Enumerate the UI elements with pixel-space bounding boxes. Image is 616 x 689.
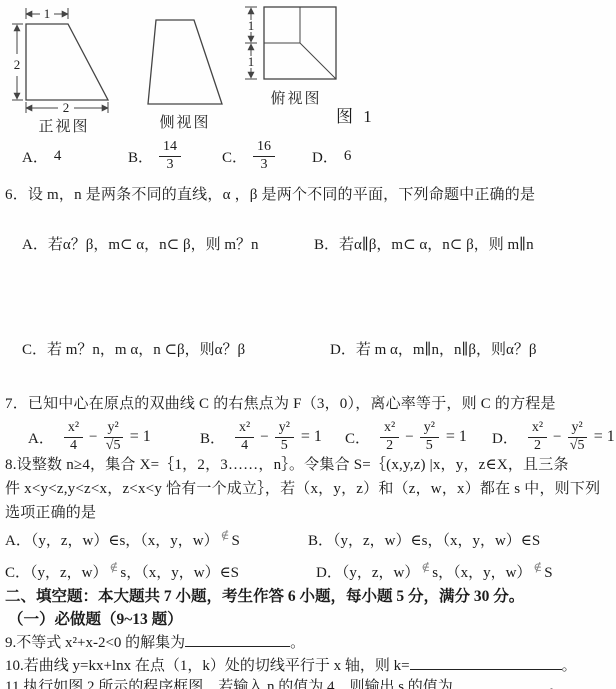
fraction-denominator: 2 [380,438,399,454]
not-element-symbol: ∉ [221,528,230,542]
question-10-period: 。 [562,658,577,674]
front-view-label: 正视图 [4,115,124,136]
fraction-numerator: y² [568,421,587,438]
question-7-option-c: C． x²2 − y²5 = 1 [345,417,467,457]
exam-page: 1 2 2 正视图 侧视图 [0,0,616,689]
question-7-option-d: D． x²2 − y²√5 = 1 [492,417,615,457]
top-view-drawing: 1 1 [240,2,352,86]
minus-sign: − [553,429,561,446]
fraction-denominator: √5 [104,438,123,454]
question-7-option-a: A． x²4 − y²√5 = 1 [28,417,151,457]
fraction: y²√5 [104,421,123,453]
option-value: 6 [344,148,352,165]
question-5-options: A． 4 B． 14 3 C． 16 3 D． 6 [0,138,616,174]
minus-sign: − [260,429,268,446]
question-5-option-b: B． 14 3 [128,138,181,174]
fraction: x²4 [235,421,254,453]
question-5-option-a: A． 4 [22,138,61,174]
not-element-symbol: ∉ [533,560,542,574]
equals-one: = 1 [446,428,467,446]
fraction: 14 3 [159,140,181,172]
fraction-numerator: 16 [253,140,275,157]
option-text: S [544,565,552,581]
fraction-numerator: y² [420,421,439,438]
option-label: B． [128,146,153,167]
side-view-label: 侧视图 [132,111,238,132]
question-8-option-d: D．（y，z，w）∉s，（x，y，w）∉S [316,560,553,582]
question-8-option-c: C．（y，z，w）∉s，（x，y，w）∈S [5,560,239,582]
fraction-denominator: 2 [528,438,547,454]
front-view-drawing: 1 2 2 [4,2,124,114]
fraction: x²4 [64,421,83,453]
figure-1-caption: 图 1 [336,102,375,127]
option-text: （y，z，w） [342,565,420,581]
option-value: 4 [54,148,62,165]
section-2-title: 二、填空题：本大题共 7 小题，考生作答 6 小题，每小题 5 分，满分 30 … [5,584,524,606]
question-6-stem: 6．设 m，n 是两条不同的直线，α ，β 是两个不同的平面，下列命题中正确的是 [5,183,535,204]
fraction-denominator: √5 [568,438,587,454]
option-label: D． [316,565,342,581]
top-view-figure: 1 1 俯视图 [240,2,352,108]
question-6-option-b: B．若α∥β，m⊂ α，n⊂ β，则 m∥n [314,233,534,254]
option-text: S [232,533,240,549]
equals-one: = 1 [594,428,615,446]
fraction: y²5 [420,421,439,453]
front-view-figure: 1 2 2 正视图 [4,2,124,136]
fraction-denominator: 4 [64,438,83,454]
question-6-option-a: A．若α？β，m⊂ α，n⊂ β，则 m？n [22,233,259,254]
question-5-option-d: D． 6 [312,138,351,174]
question-8-line1: 8.设整数 n≥4，集合 X=｛1，2，3……，n｝。令集合 S=｛(x,y,z… [5,453,569,474]
fraction: 16 3 [253,140,275,172]
question-8-option-a: A．（y，z，w）∈s，（x，y，w）∉S [5,528,244,550]
option-text: （y，z，w） [30,565,108,581]
question-10: 10.若曲线 y=kx+lnx 在点（1，k）处的切线平行于 x 轴，则 k=。 [5,653,577,675]
fraction-numerator: y² [104,421,123,438]
question-9: 9.不等式 x²+x-2<0 的解集为。 [5,630,305,652]
equals-one: = 1 [130,428,151,446]
equals-one: = 1 [301,428,322,446]
fraction-numerator: x² [64,421,83,438]
question-11-period: 。 [549,679,564,689]
option-label: A． [28,427,54,448]
fraction-denominator: 5 [275,438,294,454]
option-label: A． [5,533,31,549]
not-element-symbol: ∉ [110,560,119,574]
answer-blank [185,630,290,647]
not-element-symbol: ∉ [421,560,430,574]
question-6-option-c: C．若 m？n，m α，n ⊂β，则α？β [22,338,245,359]
answer-blank [410,653,562,670]
fraction: y²√5 [568,421,587,453]
question-9-text: 9.不等式 x²+x-2<0 的解集为 [5,635,185,651]
option-text: s，（x，y，w） [432,565,531,581]
side-view-drawing [132,14,238,110]
option-label: C． [5,565,30,581]
option-label: D． [312,146,338,167]
question-11: 11.执行如图 2 所示的程序框图，若输入 n 的值为 4，则输出 s 的值为。 [5,674,564,689]
option-text: （y，z，w）∈s，（x，y，w） [31,533,219,549]
fraction-numerator: x² [235,421,254,438]
fraction-numerator: 14 [159,140,181,157]
fraction-denominator: 5 [420,438,439,454]
question-9-period: 。 [290,635,305,651]
top-upper-dim-label: 1 [248,18,255,33]
fraction: x²2 [380,421,399,453]
question-7-options: A． x²4 − y²√5 = 1 B． x²4 − y²5 = 1 C． x²… [0,417,616,457]
front-bottom-dim-label: 2 [63,100,70,114]
top-lower-dim-label: 1 [248,54,255,69]
front-top-dim-label: 1 [44,6,51,21]
option-text: （y，z，w）∈s，（x，y，w）∈S [333,533,540,549]
fraction: x²2 [528,421,547,453]
side-view-figure: 侧视图 [132,14,238,132]
question-6-option-d: D．若 m α，m∥n，n∥β，则α？β [330,338,537,359]
option-label: C． [222,146,247,167]
question-8-line2: 件 x<y<z,y<z<x，z<x<y 恰有一个成立｝，若（x，y，z）和（z，… [5,477,600,498]
question-8-option-b: B．（y，z，w）∈s，（x，y，w）∈S [308,528,544,550]
fraction: y²5 [275,421,294,453]
fraction-denominator: 3 [253,157,275,173]
fraction-numerator: x² [528,421,547,438]
section-2-subtitle: （一）必做题（9~13 题） [8,607,183,629]
option-text: s，（x，y，w）∈S [120,565,239,581]
fraction-denominator: 4 [235,438,254,454]
front-left-dim-label: 2 [14,57,21,72]
minus-sign: − [89,429,97,446]
option-label: B． [308,533,333,549]
question-10-text: 10.若曲线 y=kx+lnx 在点（1，k）处的切线平行于 x 轴，则 k= [5,658,410,674]
fraction-denominator: 3 [159,157,181,173]
question-5-option-c: C． 16 3 [222,138,275,174]
option-label: C． [345,427,370,448]
answer-blank [453,674,549,689]
question-11-text: 11.执行如图 2 所示的程序框图，若输入 n 的值为 4，则输出 s 的值为 [5,679,453,689]
option-label: B． [200,427,225,448]
question-7-option-b: B． x²4 − y²5 = 1 [200,417,322,457]
fraction-numerator: x² [380,421,399,438]
minus-sign: − [405,429,413,446]
option-label: D． [492,427,518,448]
question-7-stem: 7．已知中心在原点的双曲线 C 的右焦点为 F（3，0），离心率等于，则 C 的… [5,392,556,413]
fraction-numerator: y² [275,421,294,438]
question-8-line3: 选项正确的是 [5,501,96,522]
option-label: A． [22,146,48,167]
